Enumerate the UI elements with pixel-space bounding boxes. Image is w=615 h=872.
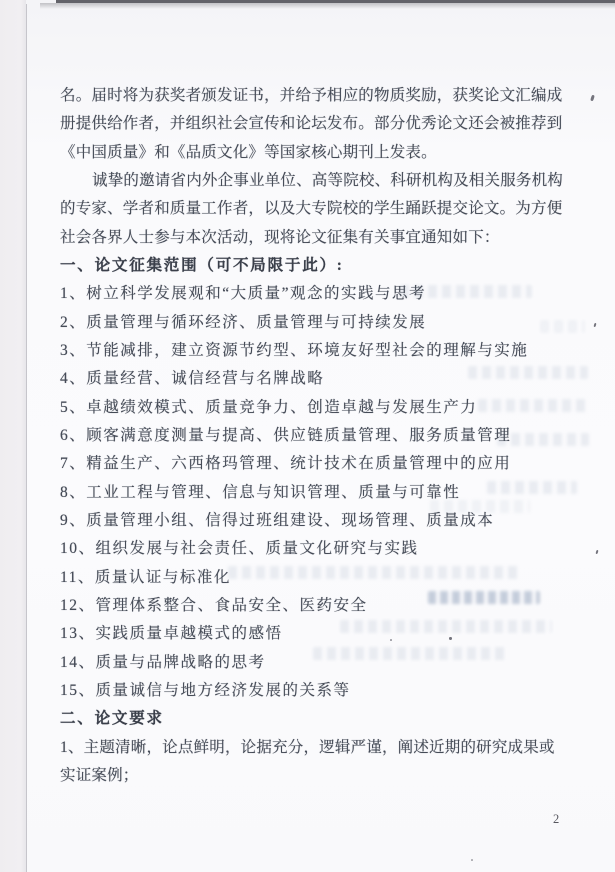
scope-item: 1、树立科学发展观和“大质量”观念的实践与思考 (60, 280, 574, 308)
scope-item: 3、节能减排，建立资源节约型、环境友好型社会的理解与实施 (60, 337, 574, 365)
scope-item: 15、质量诚信与地方经济发展的关系等 (60, 677, 574, 705)
intro-line: 册提供给作者，并组织社会宣传和论坛发布。部分优秀论文还会被推荐到 (60, 110, 574, 138)
scope-item: 13、实践质量卓越模式的感悟 (60, 620, 574, 648)
scope-item: 12、管理体系整合、食品安全、医药安全 (60, 592, 574, 620)
requirement-line: 实证案例； (60, 762, 574, 790)
invitation-line: 的专家、学者和质量工作者，以及大专院校的学生踊跃提交论文。为方便 (60, 195, 574, 223)
requirement-line: 1、主题清晰，论点鲜明，论据充分，逻辑严谨，阐述近期的研究成果或 (60, 734, 574, 762)
page-edge-line (26, 4, 27, 872)
scan-speck (590, 95, 595, 102)
scope-item: 2、质量管理与循环经济、质量管理与可持续发展 (60, 309, 574, 337)
invitation-line: 诚挚的邀请省内外企事业单位、高等院校、科研机构及相关服务机构 (60, 167, 574, 195)
scope-item: 9、质量管理小组、信得过班组建设、现场管理、质量成本 (60, 507, 574, 535)
scan-speck (471, 859, 473, 861)
page-number: 2 (553, 812, 559, 827)
scanner-margin-strip (0, 0, 26, 872)
scope-item: 6、顾客满意度测量与提高、供应链质量管理、服务质量管理 (60, 422, 574, 450)
scan-top-edge-shadow (40, 3, 615, 9)
scope-item: 4、质量经营、诚信经营与名牌战略 (60, 365, 574, 393)
scan-speck (594, 323, 597, 327)
intro-line: 名。届时将为获奖者颁发证书，并给予相应的物质奖励，获奖论文汇编成 (60, 82, 574, 110)
section-heading-requirements: 二、论文要求 (60, 705, 574, 733)
scope-item: 5、卓越绩效模式、质量竞争力、创造卓越与发展生产力 (60, 394, 574, 422)
scope-item: 7、精益生产、六西格玛管理、统计技术在质量管理中的应用 (60, 450, 574, 478)
scan-speck (596, 550, 599, 554)
intro-line: 《中国质量》和《品质文化》等国家核心期刊上发表。 (60, 139, 574, 167)
section-heading-scope: 一、论文征集范围（可不局限于此）: (60, 252, 574, 280)
invitation-line: 社会各界人士参与本次活动，现将论文征集有关事宜通知如下： (60, 224, 574, 252)
scope-item: 8、工业工程与管理、信息与知识管理、质量与可靠性 (60, 479, 574, 507)
scanned-page: 名。届时将为获奖者颁发证书，并给予相应的物质奖励，获奖论文汇编成 册提供给作者，… (0, 0, 615, 872)
scope-item: 10、组织发展与社会责任、质量文化研究与实践 (60, 535, 574, 563)
document-body: 名。届时将为获奖者颁发证书，并给予相应的物质奖励，获奖论文汇编成 册提供给作者，… (60, 82, 574, 790)
scope-item: 14、质量与品牌战略的思考 (60, 649, 574, 677)
scope-item: 11、质量认证与标准化 (60, 564, 574, 592)
